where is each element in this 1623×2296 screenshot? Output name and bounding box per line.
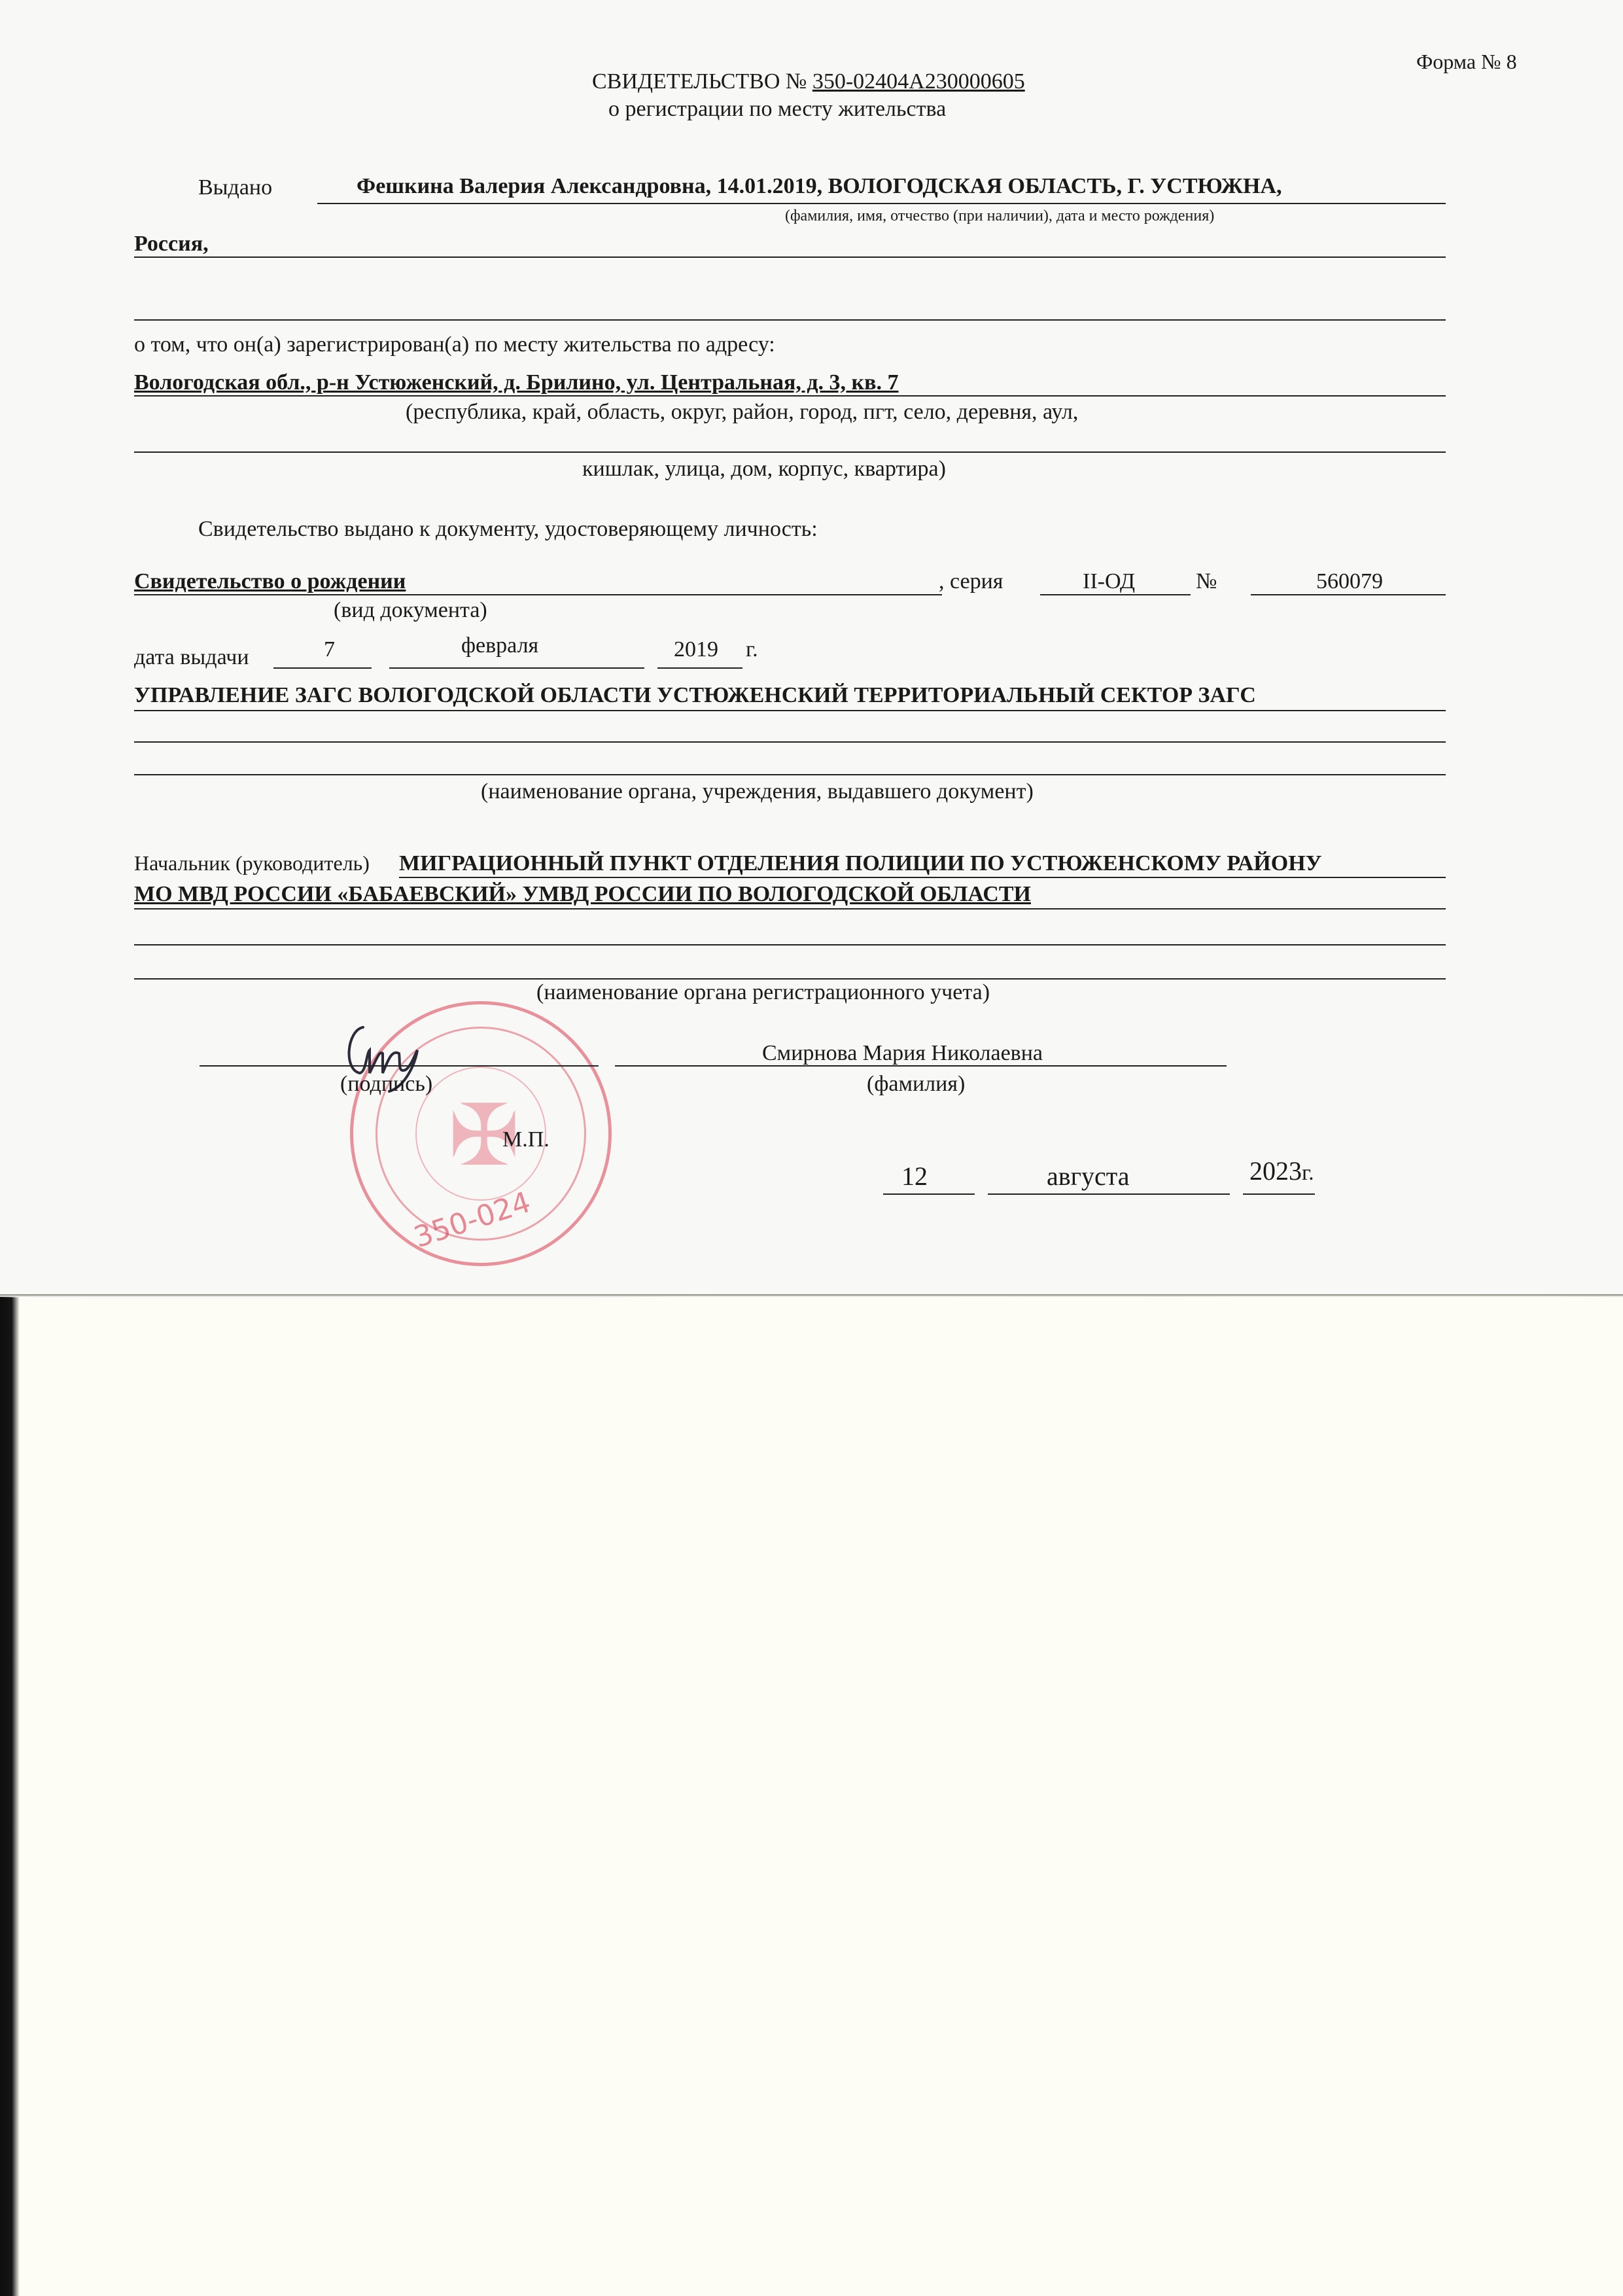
- certificate-month-line: [988, 1193, 1230, 1195]
- series-line: [1040, 594, 1191, 595]
- series-label: , серия: [939, 571, 1003, 593]
- seal-label: М.П.: [502, 1129, 550, 1151]
- document-type-caption: (вид документа): [334, 599, 487, 622]
- document-number: 560079: [1316, 571, 1383, 593]
- form-number: Форма № 8: [1416, 51, 1517, 72]
- issued-to-line-3: [134, 319, 1446, 321]
- scan-edge-shadow: [0, 1297, 20, 2296]
- underlying-page: [0, 1286, 1623, 2296]
- official-name-caption: (фамилия): [867, 1073, 965, 1095]
- address-caption-2: кишлак, улица, дом, корпус, квартира): [582, 458, 946, 480]
- number-line: [1251, 594, 1446, 595]
- address-line-2: [134, 451, 1446, 453]
- issue-month-line: [389, 667, 644, 669]
- issue-date-label: дата выдачи: [134, 646, 249, 669]
- issuer-line-3: [134, 774, 1446, 775]
- authority-label: Начальник (руководитель): [134, 853, 370, 874]
- number-label: №: [1196, 571, 1217, 593]
- authority-underline-2: [134, 908, 1446, 910]
- certificate-day-line: [883, 1193, 975, 1195]
- issue-year: 2019: [674, 639, 718, 661]
- issue-month: февраля: [461, 635, 538, 657]
- certificate-month: августа: [1047, 1163, 1130, 1190]
- certificate-year-value: 2023: [1249, 1156, 1302, 1186]
- issuer-caption: (наименование органа, учреждения, выдавш…: [481, 781, 1034, 803]
- authority-underline-1: [399, 877, 1446, 878]
- issue-day-line: [273, 667, 372, 669]
- issuer-name: УПРАВЛЕНИЕ ЗАГС ВОЛОГОДСКОЙ ОБЛАСТИ УСТЮ…: [134, 684, 1256, 707]
- issued-to-line-2: [134, 256, 1446, 258]
- address-caption-1: (республика, край, область, округ, район…: [406, 401, 1078, 423]
- certificate-year: 2023г.: [1249, 1158, 1314, 1184]
- signature-caption: (подпись): [340, 1073, 432, 1095]
- document-type-line: [134, 594, 942, 595]
- address-value: Вологодская обл., р-н Устюженский, д. Бр…: [134, 372, 898, 394]
- identity-intro: Свидетельство выдано к документу, удосто…: [198, 518, 818, 540]
- issued-to-value: Фешкина Валерия Александровна, 14.01.201…: [357, 175, 1282, 198]
- certificate-year-line: [1243, 1193, 1315, 1195]
- issued-to-line: [317, 203, 1446, 204]
- authority-caption: (наименование органа регистрационного уч…: [536, 981, 990, 1004]
- official-name-line: [615, 1065, 1227, 1067]
- certificate-year-suffix: г.: [1302, 1161, 1314, 1185]
- issuer-line-2: [134, 741, 1446, 743]
- authority-line-1: МИГРАЦИОННЫЙ ПУНКТ ОТДЕЛЕНИЯ ПОЛИЦИИ ПО …: [399, 853, 1322, 875]
- issue-year-line: [657, 667, 742, 669]
- certificate-day: 12: [901, 1163, 928, 1190]
- address-line: [134, 395, 1446, 397]
- document-title: СВИДЕТЕЛЬСТВО № 350-02404А230000605: [592, 71, 1025, 93]
- authority-line-2: МО МВД РОССИИ «БАБАЕВСКИЙ» УМВД РОССИИ П…: [134, 883, 1031, 906]
- title-prefix: СВИДЕТЕЛЬСТВО №: [592, 69, 812, 94]
- certificate-number: 350-02404А230000605: [812, 69, 1025, 94]
- document-subtitle: о регистрации по месту жительства: [608, 98, 946, 120]
- signature-line: [200, 1065, 599, 1067]
- issued-to-label: Выдано: [198, 177, 272, 199]
- issued-to-value-2: Россия,: [134, 233, 209, 255]
- issue-year-suffix: г.: [746, 639, 758, 661]
- document-series: II-ОД: [1083, 571, 1135, 593]
- document-type: Свидетельство о рождении: [134, 571, 406, 593]
- address-intro: о том, что он(а) зарегистрирован(а) по м…: [134, 334, 775, 356]
- issuer-line: [134, 710, 1446, 711]
- certificate-sheet: Форма № 8 СВИДЕТЕЛЬСТВО № 350-02404А2300…: [0, 0, 1623, 1299]
- issued-to-caption: (фамилия, имя, отчество (при наличии), д…: [785, 208, 1214, 224]
- authority-underline-4: [134, 978, 1446, 980]
- authority-underline-3: [134, 944, 1446, 945]
- paper-edge: [0, 1294, 1623, 1297]
- official-name: Смирнова Мария Николаевна: [762, 1042, 1043, 1065]
- issue-day: 7: [324, 639, 335, 661]
